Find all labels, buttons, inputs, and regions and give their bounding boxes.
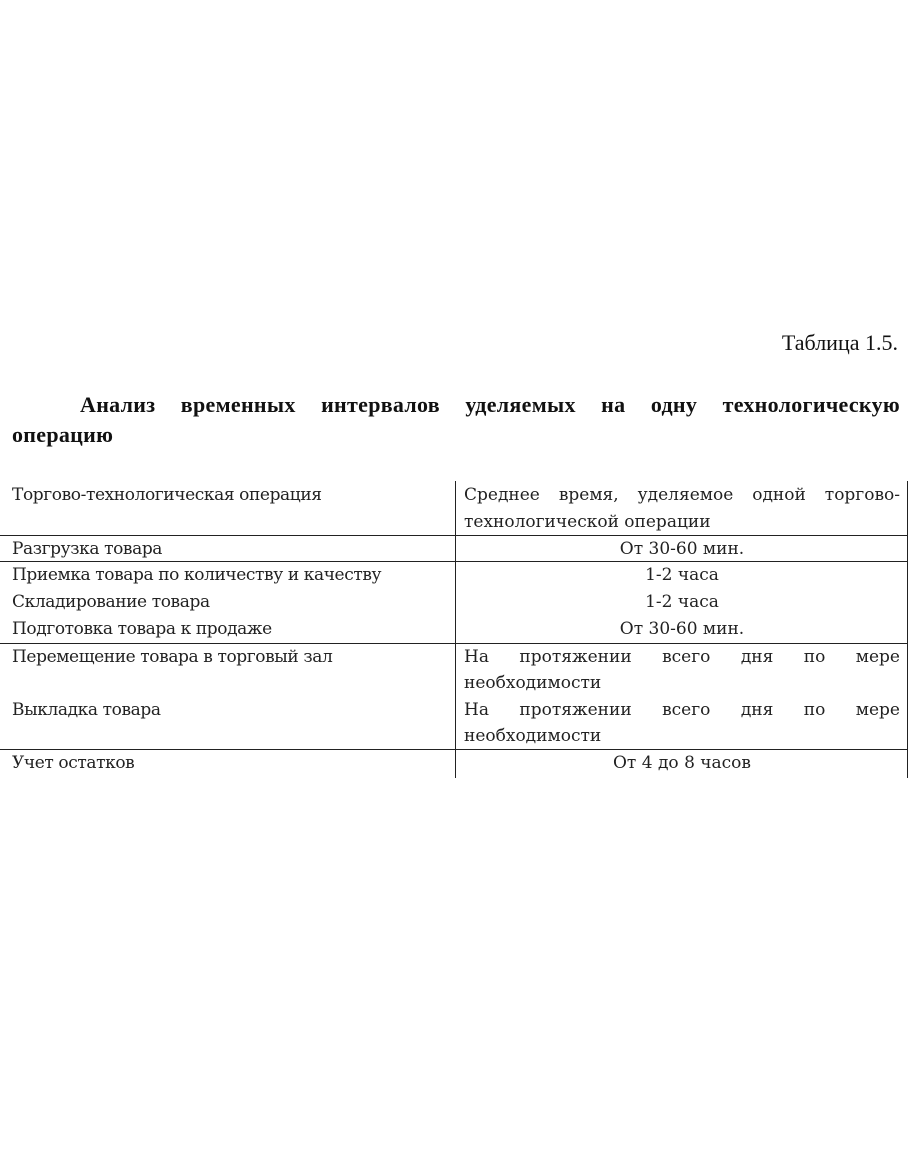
table-row-time: От 30-60 мин. — [464, 536, 900, 563]
table-row-time-line1: На протяжении всего дня по мере — [464, 697, 900, 724]
column-divider — [455, 481, 456, 778]
right-border — [907, 481, 908, 778]
header-operation: Торгово-технологическая операция — [12, 482, 452, 509]
table-row-operation: Перемещение товара в торговый зал — [12, 644, 452, 671]
table-row-time-line1: На протяжении всего дня по мере — [464, 644, 900, 671]
table-row-operation: Выкладка товара — [12, 697, 452, 724]
table-row-operation: Складирование товара — [12, 589, 452, 616]
table-row-time: От 30-60 мин. — [464, 616, 900, 643]
table-row-time-line2: необходимости — [464, 723, 900, 750]
operations-table: Торгово-технологическая операция Среднее… — [0, 481, 910, 778]
header-time: Среднее время, уделяемое одной торгово-т… — [464, 482, 900, 536]
table-caption: Таблица 1.5. — [782, 330, 898, 356]
table-row-time: 1-2 часа — [464, 589, 900, 616]
table-row-time: 1-2 часа — [464, 562, 900, 589]
table-row-operation: Учет остатков — [12, 750, 452, 777]
table-row-time: От 4 до 8 часов — [464, 750, 900, 777]
table-row-operation: Приемка товара по количеству и качеству — [12, 562, 452, 589]
table-row-operation: Подготовка товара к продаже — [12, 616, 452, 643]
table-row-operation: Разгрузка товара — [12, 536, 452, 563]
table-row-time-line2: необходимости — [464, 670, 900, 697]
table-title: Анализ временных интервалов уделяемых на… — [12, 390, 900, 450]
